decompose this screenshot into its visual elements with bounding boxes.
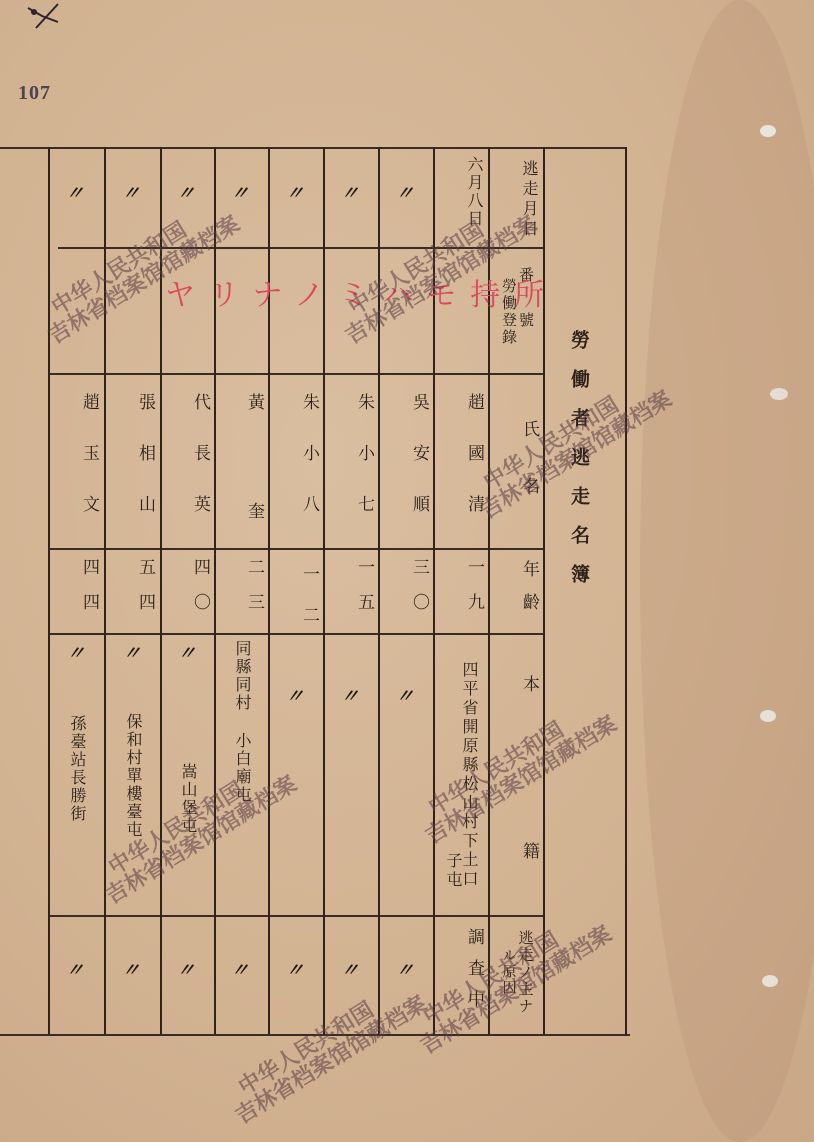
domicile-cell-ditto: 〃 — [273, 688, 320, 706]
domicile-line2: 小白廟屯 — [234, 732, 250, 804]
escape-date-cell: 六月八日 — [440, 156, 482, 228]
domicile-line1: 四平省開原縣松山村下土口 — [461, 661, 477, 889]
age-cell: 一二 — [275, 565, 317, 647]
paper-hole — [762, 975, 778, 987]
domicile-line2: 子屯 — [445, 852, 461, 890]
column-divider — [104, 147, 106, 1034]
domicile-cell-ditto: 〃 — [383, 688, 430, 706]
header-name: 氏名 — [497, 420, 537, 534]
reason-cell-ditto: 〃 — [218, 962, 265, 980]
escape-date-cell-ditto: 〃 — [109, 185, 156, 203]
name-cell: 代長英 — [166, 393, 208, 546]
page-number: 107 — [18, 82, 51, 105]
header-escape-reason: 逃走ノ主ナ ル原因 — [492, 922, 542, 1022]
header-escape-date: 逃走月日 — [497, 160, 537, 240]
age-cell: 一五 — [330, 558, 372, 628]
archive-watermark: 中华人民共和国 吉林省档案馆馆藏档案 — [235, 973, 431, 1119]
domicile-cell: 〃 保和村單樓臺屯 — [109, 645, 157, 910]
age-cell: 四四 — [55, 558, 97, 628]
domicile-cell: 同縣同村 小白廟屯 — [218, 640, 266, 905]
domicile-text: 孫臺站長勝街 — [69, 715, 85, 823]
column-divider — [48, 147, 50, 1034]
domicile-text: 嵩山堡屯 — [180, 763, 196, 835]
paper-fold-shadow — [640, 0, 814, 1142]
reason-cell-ditto: 〃 — [328, 962, 375, 980]
reason-cell: 調査中 — [440, 928, 482, 1021]
age-cell: 三〇 — [385, 558, 427, 628]
reason-cell-ditto: 〃 — [53, 962, 100, 980]
table-bottom-border — [0, 1034, 630, 1036]
table-right-border — [625, 147, 627, 1036]
column-divider — [160, 147, 162, 1034]
reason-cell-ditto: 〃 — [273, 962, 320, 980]
domicile-text: 保和村單樓臺屯 — [125, 713, 141, 839]
table-top-border — [0, 147, 627, 149]
escape-date-cell-ditto: 〃 — [328, 185, 375, 203]
name-cell: 趙玉文 — [55, 393, 97, 546]
paper-hole — [760, 710, 776, 722]
name-cell: 趙國清 — [440, 393, 482, 546]
row-divider — [48, 915, 543, 917]
escape-date-cell-ditto: 〃 — [53, 185, 100, 203]
header-age: 年齡 — [497, 560, 537, 626]
domicile-cell: 〃 孫臺站長勝街 — [53, 645, 101, 910]
age-cell: 五四 — [111, 558, 153, 628]
name-cell: 張相山 — [111, 393, 153, 546]
name-cell: 吳安順 — [385, 393, 427, 546]
reason-cell-ditto: 〃 — [383, 962, 430, 980]
escape-date-cell-ditto: 〃 — [383, 185, 430, 203]
name-cell: 朱小八 — [275, 393, 317, 546]
domicile-ditto: 〃 — [65, 645, 90, 663]
row-divider — [48, 373, 543, 375]
document-title: 勞働者逃走名簿 — [566, 330, 593, 603]
paper-hole — [760, 125, 776, 137]
red-pencil-annotation: ヤリナノミハモ持所 — [165, 270, 558, 314]
age-cell: 一九 — [440, 558, 482, 628]
domicile-ditto: 〃 — [176, 645, 201, 663]
reason-cell-ditto: 〃 — [109, 962, 156, 980]
paper-hole — [770, 388, 788, 400]
reason-cell-ditto: 〃 — [164, 962, 211, 980]
domicile-ditto: 〃 — [121, 645, 146, 663]
domicile-cell: 〃 嵩山堡屯 — [164, 645, 212, 910]
age-cell: 四〇 — [166, 558, 208, 628]
escape-date-cell-ditto: 〃 — [218, 185, 265, 203]
domicile-line1: 同縣同村 — [234, 640, 250, 712]
header-escape-reason-line1: 逃走ノ主ナ — [518, 930, 533, 1015]
corner-check-mark-icon — [24, 2, 64, 32]
escape-date-cell-ditto: 〃 — [273, 185, 320, 203]
age-cell: 二三 — [220, 558, 262, 628]
escape-date-cell-ditto: 〃 — [164, 185, 211, 203]
name-cell: 朱小七 — [330, 393, 372, 546]
domicile-cell: 四平省開原縣松山村下土口 子屯 — [437, 642, 485, 907]
domicile-cell-ditto: 〃 — [328, 688, 375, 706]
row-divider — [58, 247, 543, 249]
header-escape-reason-line2: ル原因 — [502, 948, 516, 996]
row-divider — [48, 548, 543, 550]
